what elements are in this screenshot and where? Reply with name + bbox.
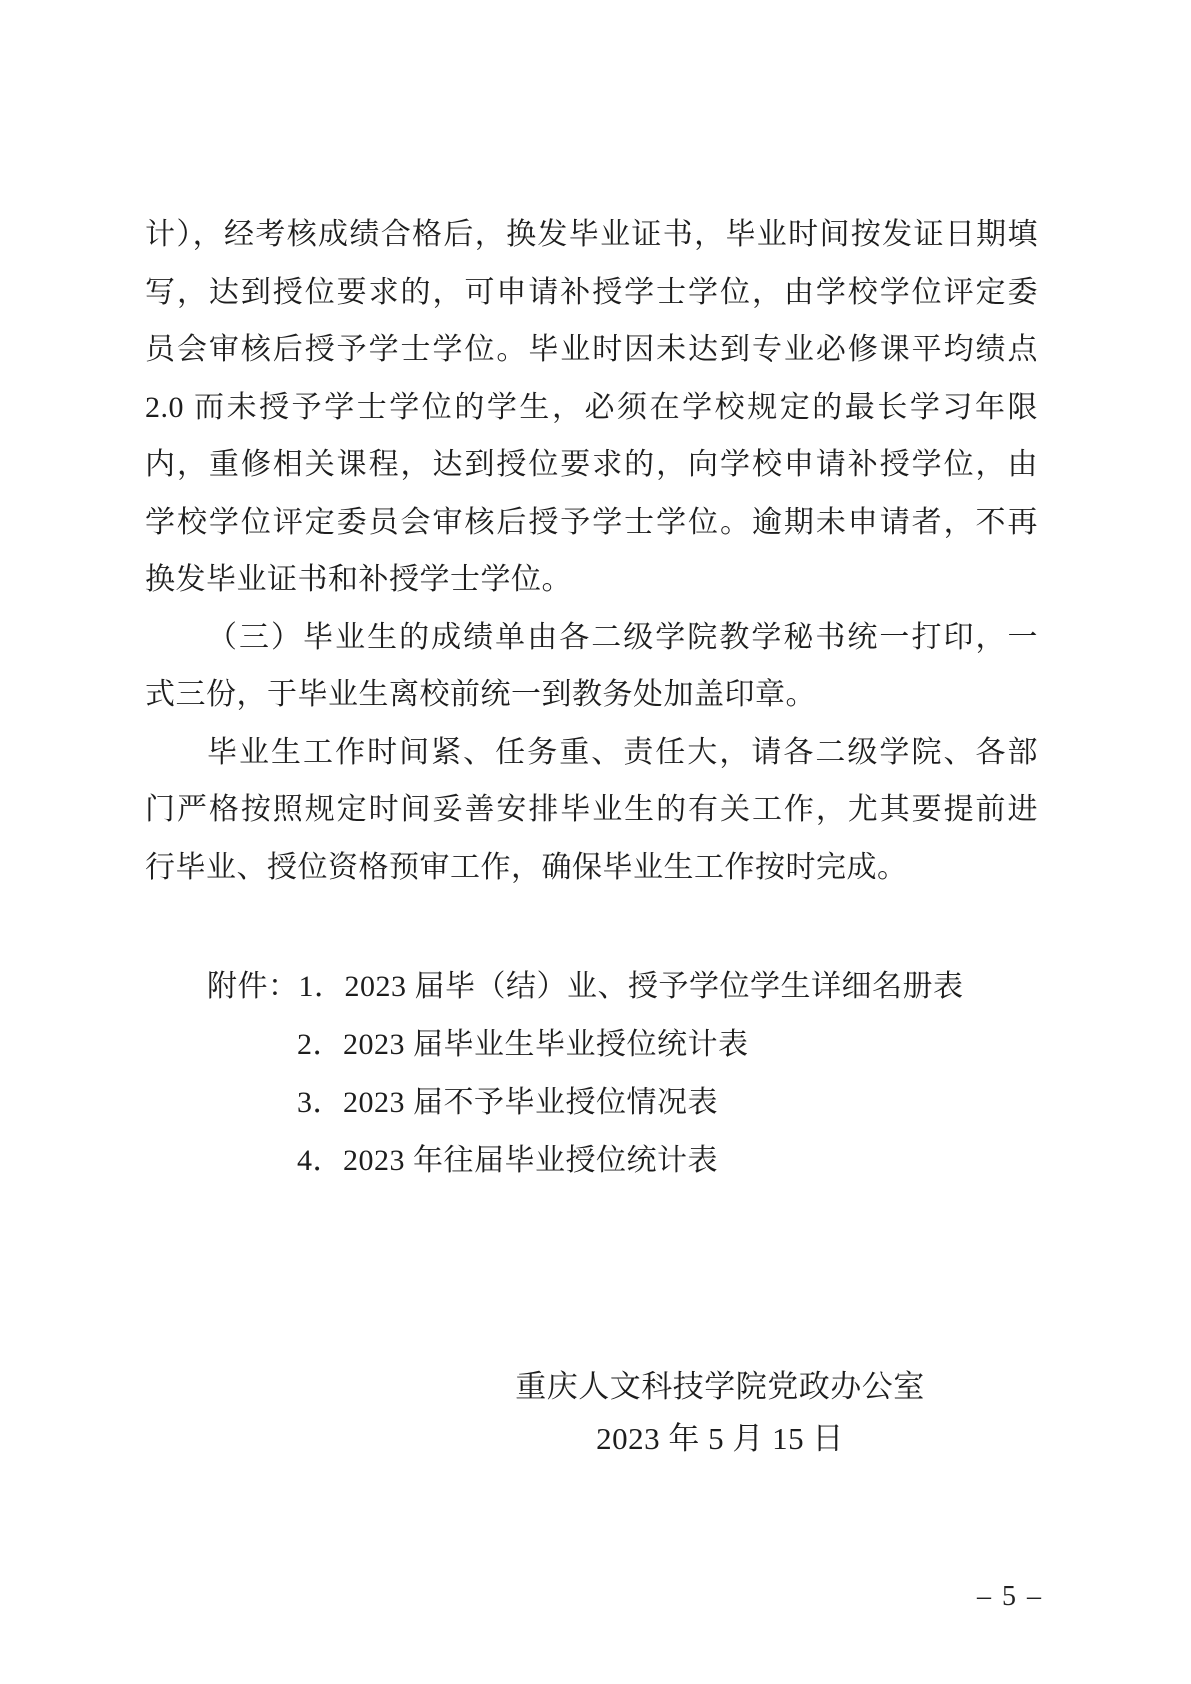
attachment-item: 3．2023 届不予毕业授位情况表 [145, 1074, 1038, 1132]
attachments-label: 附件： [207, 970, 299, 1003]
signature-block: 重庆人文科技学院党政办公室 2023 年 5 月 15 日 [440, 1361, 1000, 1465]
scanned-document-page: 计），经考核成绩合格后，换发毕业证书，毕业时间按发证日期填 写，达到授位要求的，… [0, 0, 1191, 1684]
signature-date: 2023 年 5 月 15 日 [440, 1413, 1000, 1465]
paragraph-line: 员会审核后授予学士学位。毕业时因未达到专业必修课平均绩点 [145, 321, 1038, 379]
attachment-item: 2．2023 届毕业生毕业授位统计表 [145, 1016, 1038, 1074]
paragraph-line: 行毕业、授位资格预审工作，确保毕业生工作按时完成。 [145, 839, 1038, 897]
attachment-item: 附件：1．2023 届毕（结）业、授予学位学生详细名册表 [145, 958, 1038, 1016]
paragraph-line: 换发毕业证书和补授学士学位。 [145, 551, 1038, 609]
paragraph-line: （三）毕业生的成绩单由各二级学院教学秘书统一打印，一 [145, 609, 1038, 667]
paragraph-line: 计），经考核成绩合格后，换发毕业证书，毕业时间按发证日期填 [145, 206, 1038, 264]
paragraph-line: 学校学位评定委员会审核后授予学士学位。逾期未申请者，不再 [145, 494, 1038, 552]
attachments-list: 附件：1．2023 届毕（结）业、授予学位学生详细名册表 2．2023 届毕业生… [145, 958, 1038, 1190]
paragraph-line: 门严格按照规定时间妥善安排毕业生的有关工作，尤其要提前进 [145, 781, 1038, 839]
signature-org: 重庆人文科技学院党政办公室 [440, 1361, 1000, 1413]
paragraph-line: 式三份，于毕业生离校前统一到教务处加盖印章。 [145, 666, 1038, 724]
body-text: 计），经考核成绩合格后，换发毕业证书，毕业时间按发证日期填 写，达到授位要求的，… [145, 206, 1038, 896]
paragraph-line: 毕业生工作时间紧、任务重、责任大，请各二级学院、各部 [145, 724, 1038, 782]
page-number: – 5 – [940, 1577, 1080, 1617]
paragraph-line: 2.0 而未授予学士学位的学生，必须在学校规定的最长学习年限 [145, 379, 1038, 437]
attachment-item: 4．2023 年往届毕业授位统计表 [145, 1132, 1038, 1190]
paragraph-line: 写，达到授位要求的，可申请补授学士学位，由学校学位评定委 [145, 264, 1038, 322]
attachment-item-text: 1．2023 届毕（结）业、授予学位学生详细名册表 [299, 970, 964, 1003]
paragraph-line: 内，重修相关课程，达到授位要求的，向学校申请补授学位，由 [145, 436, 1038, 494]
